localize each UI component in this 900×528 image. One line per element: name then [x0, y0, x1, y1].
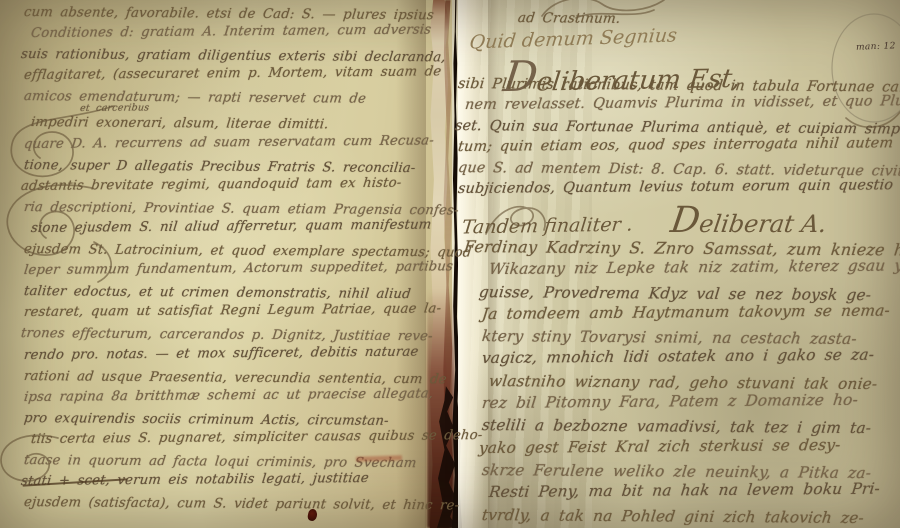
deliberatum-heading: Quid demum Segnius Deliberatum Est,	[458, 26, 900, 74]
left-page-text: cum absente, favorabile. etsi de Cad: S.…	[24, 2, 448, 513]
manuscript-line: adstantis brevitate regimi, quandoquid t…	[20, 172, 450, 197]
manuscript-line: tum; quin etiam eos, quod spes interroga…	[457, 133, 900, 158]
manuscript-line: stati + scet, verum eis notabilis legati…	[20, 467, 450, 492]
manuscript-line: subjiciendos, Quantum levius totum eorum…	[457, 175, 900, 200]
manuscript-line: tiis certa eius S. pugnaret, simpliciter…	[30, 425, 450, 450]
latin-paragraph: sibi Plurimis rationibus, tam quod in ta…	[458, 74, 900, 200]
heading2-right-text: Deliberat A.	[668, 200, 830, 241]
manuscript-line: efflagitaret, (assecuraret enim p. Morte…	[23, 62, 450, 87]
manuscript-line: tvrdly, a tak na Pohled gini zich takovi…	[481, 504, 900, 528]
manuscript-line: rez bil Pitomny Fara, Patem z Domanize h…	[481, 388, 900, 414]
left-page: cum absente, favorabile. etsi de Cad: S.…	[0, 0, 452, 528]
manuscript-line: ipsa rapina 8a britthmæ schemi ac ut pra…	[23, 383, 450, 408]
manuscript-line: restaret, quam ut satisfiat Regni Legum …	[23, 299, 450, 324]
manuscript-line: Resti Peny, ma bit na hak na levem boku …	[488, 478, 900, 504]
heading2-left-text: Tandem finaliter .	[461, 214, 634, 239]
manuscript-line: Ja tomdeem amb Haytmanum takovym se nema…	[481, 299, 900, 325]
right-page-text: ad Crastinum. Quid demum Segnius Deliber…	[458, 0, 900, 526]
manuscript-line: vagicz, mnohich lidi ostatek ano i gako …	[481, 344, 900, 370]
manuscript-line: rendo pro. notas. — et mox sufficeret, d…	[23, 341, 450, 366]
manuscript-line: nem revelasset. Quamvis Plurima in vidis…	[464, 91, 900, 116]
czech-paragraph: Ferdinay Kadrziny S. Znro Samssat, zum k…	[482, 236, 900, 526]
manuscript-line: Conditiones d: gratiam A. Interim tamen,…	[30, 19, 450, 44]
manuscript-photo: cum absente, favorabile. etsi de Cad: S.…	[0, 0, 900, 528]
manuscript-line: yako gest Feist Kral zich sterkusi se de…	[478, 433, 900, 459]
opening-line: ad Crastinum.	[517, 10, 900, 29]
deliberat-heading: Tandem finaliter . Deliberat A.	[458, 200, 900, 236]
manuscript-line: quare D. A. recurrens ad suam reservatam…	[23, 130, 450, 155]
manuscript-line: ejusdem (satisfacta), cum S. videt pariu…	[23, 492, 449, 516]
manuscript-line: Wikazany niz Lepke tak niz zatim, kterez…	[488, 255, 900, 281]
right-page: man: 12 ad Crastinum. Quid demum Segnius…	[452, 0, 900, 528]
manuscript-line: sione ejusdem S. nil aliud afferretur, q…	[30, 214, 450, 239]
manuscript-line: leper summum fundamentum, Actorum supped…	[23, 256, 450, 281]
